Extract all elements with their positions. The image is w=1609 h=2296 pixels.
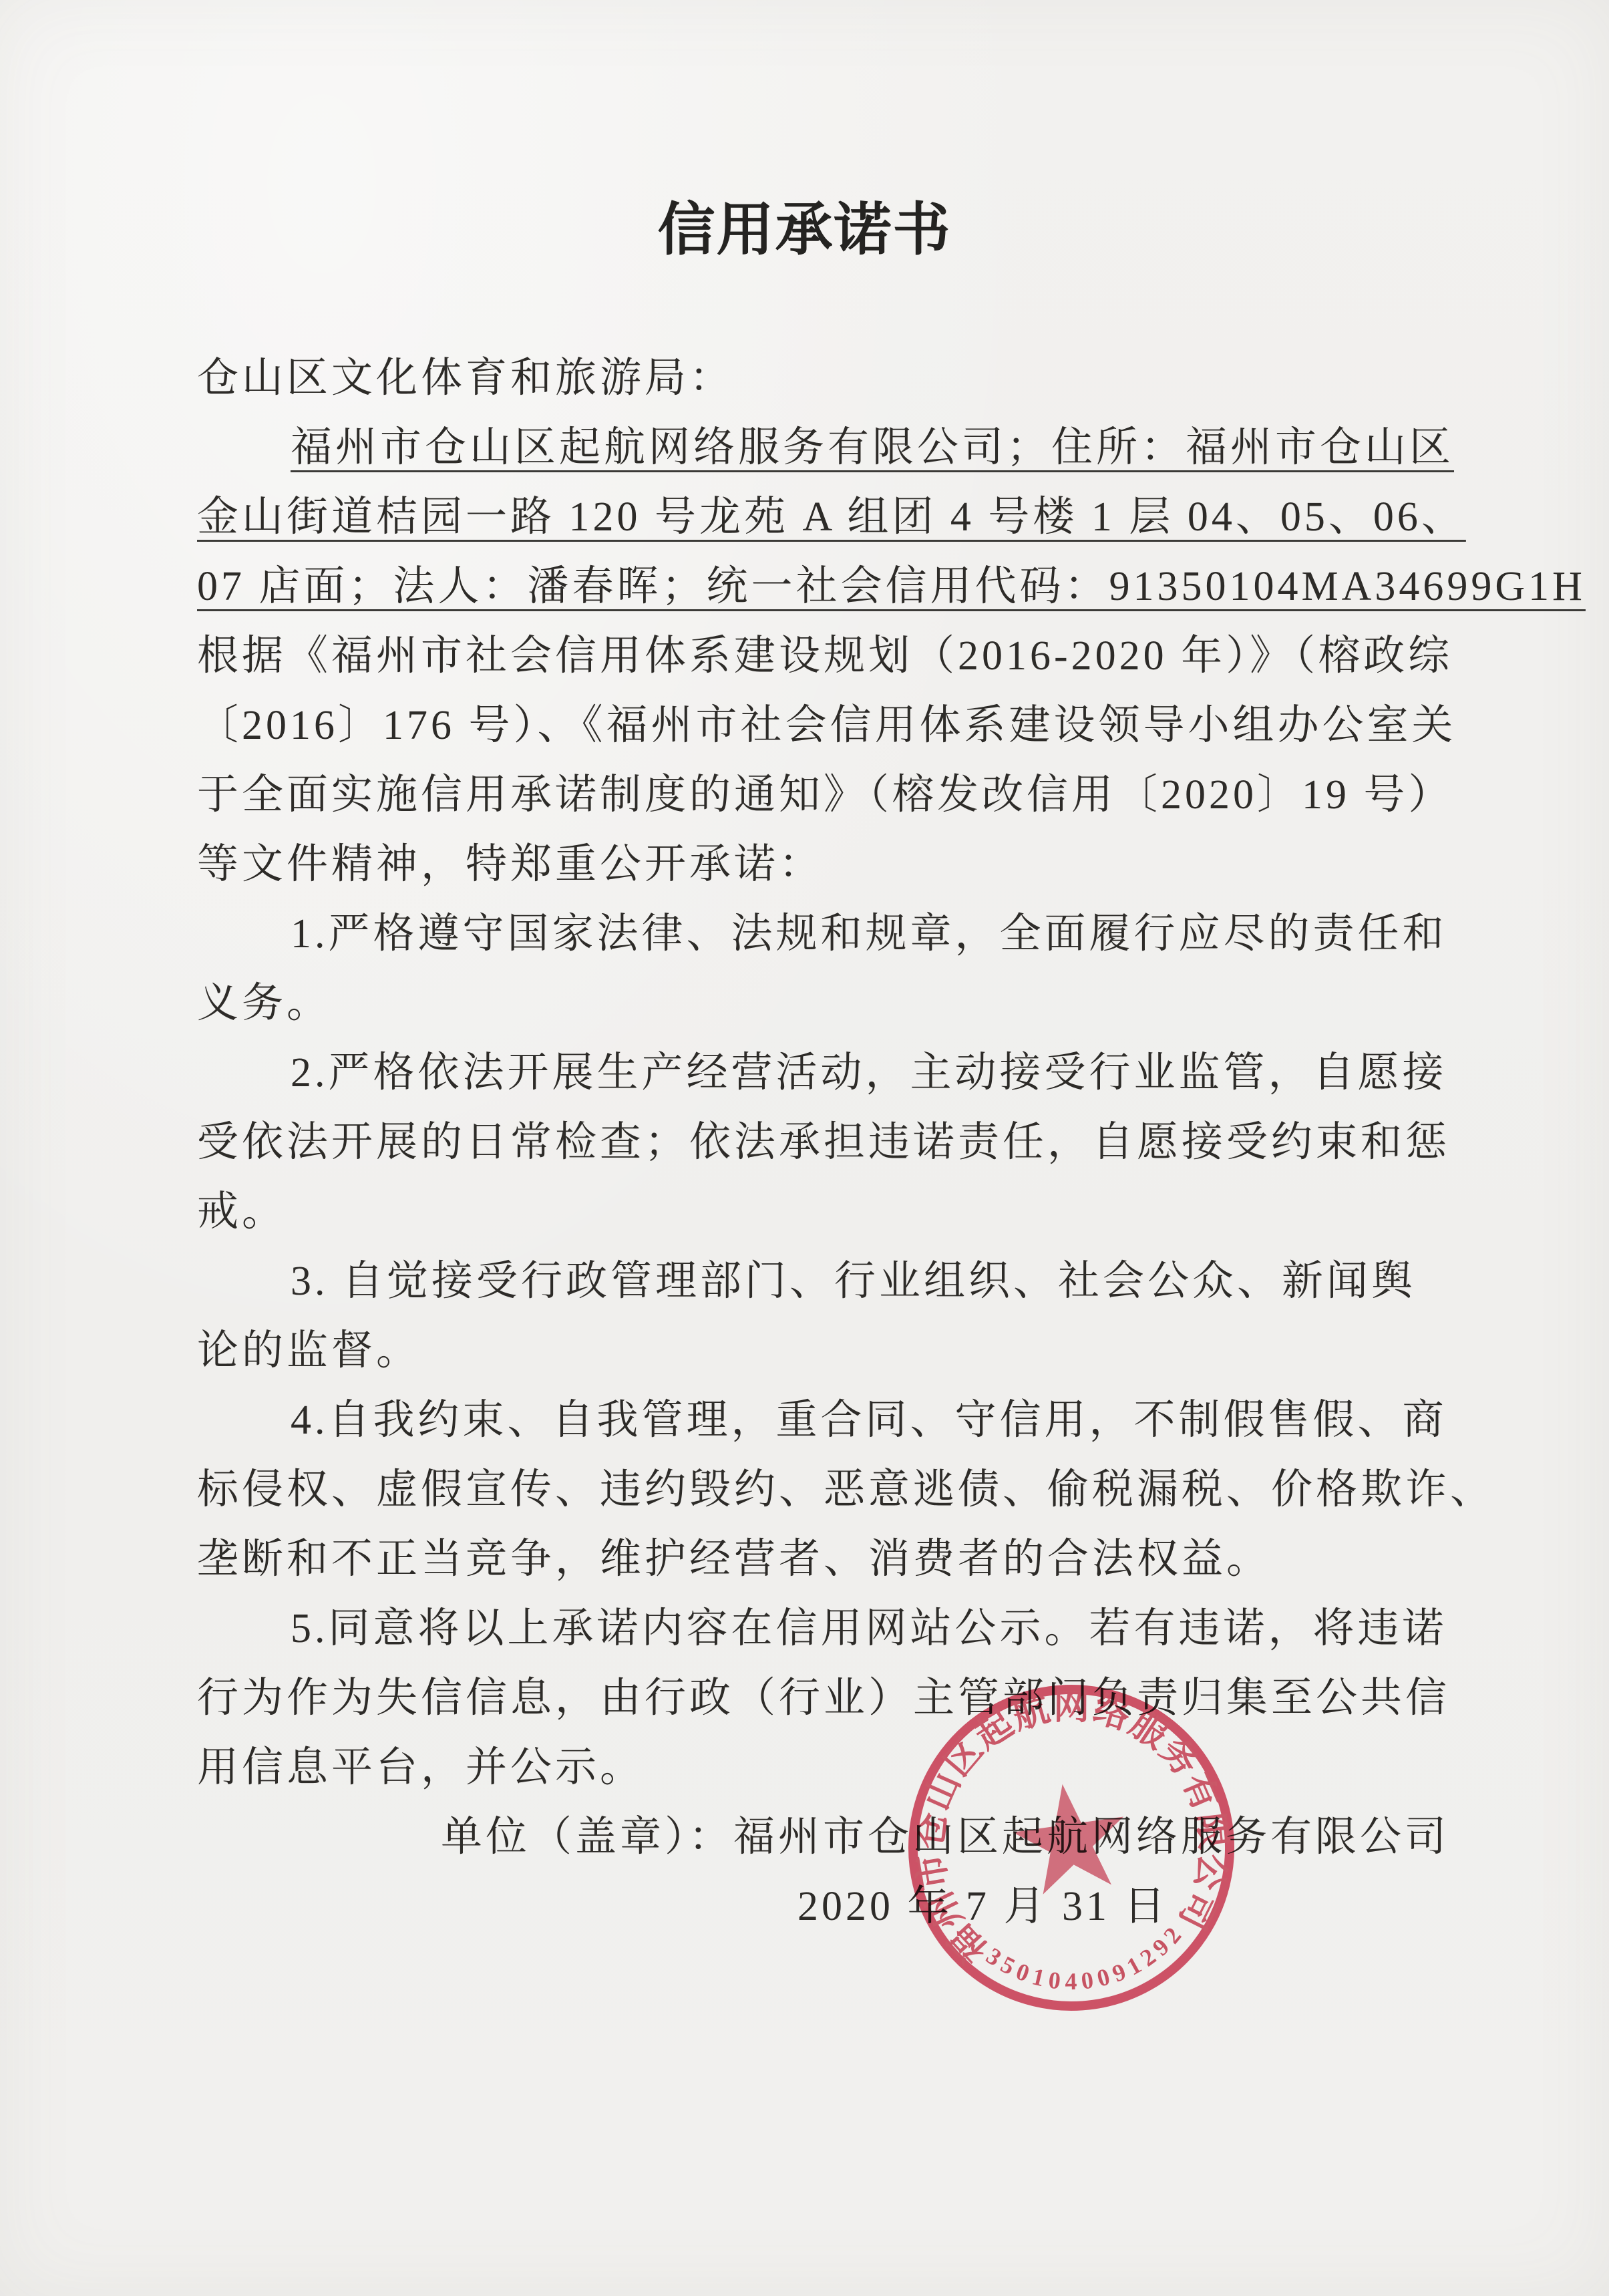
document-page: 信用承诺书 仓山区文化体育和旅游局： 福州市仓山区起航网络服务有限公司；住所：福…	[0, 0, 1609, 2296]
body-line: 用信息平台，并公示。	[197, 1733, 1466, 1802]
company-info-line: 07 店面；法人：潘春晖；统一社会信用代码：91350104MA34699G1H	[197, 552, 1466, 621]
body-line: 受依法开展的日常检查；依法承担违诺责任，自愿接受约束和惩	[197, 1108, 1466, 1177]
body-line: 根据《福州市社会信用体系建设规划（2016-2020 年）》（榕政综	[197, 621, 1466, 691]
promise-item-3: 3. 自觉接受行政管理部门、行业组织、社会公众、新闻舆	[197, 1247, 1466, 1316]
body-line: 戒。	[197, 1177, 1466, 1247]
promise-item-2: 2.严格依法开展生产经营活动，主动接受行业监管，自愿接	[197, 1038, 1466, 1108]
body-line: 标侵权、虚假宣传、违约毁约、恶意逃债、偷税漏税、价格欺诈、	[197, 1455, 1466, 1524]
body-line: 等文件精神，特郑重公开承诺：	[197, 830, 1466, 899]
promise-item-4: 4.自我约束、自我管理，重合同、守信用，不制假售假、商	[197, 1385, 1466, 1455]
company-info-line: 金山街道桔园一路 120 号龙苑 A 组团 4 号楼 1 层 04、05、06、	[197, 482, 1466, 552]
body-line: 论的监督。	[197, 1316, 1466, 1385]
salutation-line: 仓山区文化体育和旅游局：	[197, 343, 1466, 413]
promise-item-1: 1.严格遵守国家法律、法规和规章，全面履行应尽的责任和	[197, 899, 1466, 969]
body-line: 于全面实施信用承诺制度的通知》（榕发改信用〔2020〕19 号）	[197, 760, 1466, 830]
promise-item-5: 5.同意将以上承诺内容在信用网站公示。若有违诺，将违诺	[197, 1594, 1466, 1663]
seal-star-icon	[1007, 1776, 1133, 1897]
document-title: 信用承诺书	[0, 192, 1609, 267]
company-info-line: 福州市仓山区起航网络服务有限公司；住所：福州市仓山区	[197, 413, 1466, 482]
body-line: 垄断和不正当竞争，维护经营者、消费者的合法权益。	[197, 1524, 1466, 1594]
body-line: 〔2016〕176 号）、《福州市社会信用体系建设领导小组办公室关	[197, 691, 1466, 760]
body-line: 义务。	[197, 969, 1466, 1038]
body-line: 行为作为失信信息，由行政（行业）主管部门负责归集至公共信	[197, 1663, 1466, 1733]
company-seal: 福州市仓山区起航网络服务有限公司 3501040091292	[860, 1637, 1282, 2059]
document-body: 仓山区文化体育和旅游局： 福州市仓山区起航网络服务有限公司；住所：福州市仓山区 …	[197, 343, 1466, 1941]
